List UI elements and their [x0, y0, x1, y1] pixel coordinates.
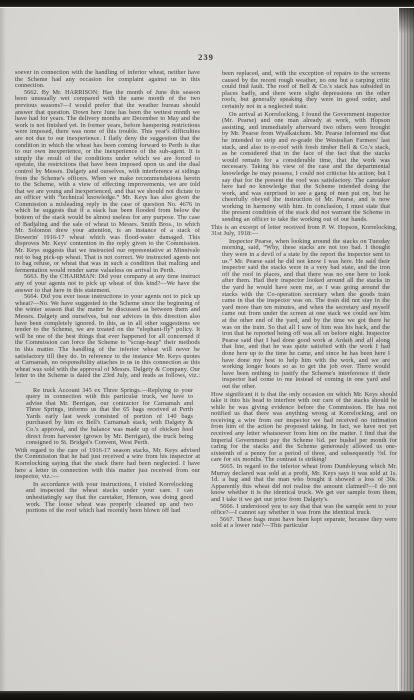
paragraph: This is an excerpt of letter received fr… [211, 225, 397, 238]
quoted-letter-paragraph: Re truck Account 345 ex Three Springs.—R… [26, 388, 193, 447]
paragraph: 5666. I understood you to say that that … [211, 504, 397, 517]
paragraph: 5667. These bags must have been kept sep… [211, 517, 397, 530]
paragraph: 5662. By Mr. HARRISON: Has the month of … [15, 90, 200, 275]
paragraph: With regard to the care of 1916-17 seaso… [15, 448, 200, 481]
paragraph: How significant it is that the only occa… [211, 392, 397, 465]
quoted-letter-paragraph: Inspector Pearse, when looking around th… [222, 239, 390, 391]
text-column-right: been replaced, and, with the exception o… [211, 70, 397, 530]
scan-border-bottom [0, 691, 414, 700]
page-left-edge-shading [0, 0, 6, 700]
quoted-letter-paragraph: On arrival at Korrelocking, I found the … [222, 112, 390, 224]
text-column-left: soever in connection with the handling o… [15, 70, 200, 516]
paragraph: 5665. In regard to the inferior wheat fr… [211, 464, 397, 504]
book-page-edges [398, 0, 414, 700]
paragraph: soever in connection with the handling o… [15, 70, 200, 90]
scan-border-top [0, 0, 414, 8]
quoted-letter-paragraph: In accordance with your instructions, I … [26, 482, 193, 515]
page-number: 239 [15, 52, 397, 62]
paragraph: 5663. By the CHAIRMAN: Did your company … [15, 274, 200, 294]
quoted-letter-paragraph: been replaced, and, with the exception o… [222, 71, 390, 111]
paragraph: 5664. Did you ever issue instructions to… [15, 294, 200, 386]
scanned-page: 239 soever in connection with the handli… [0, 0, 414, 700]
